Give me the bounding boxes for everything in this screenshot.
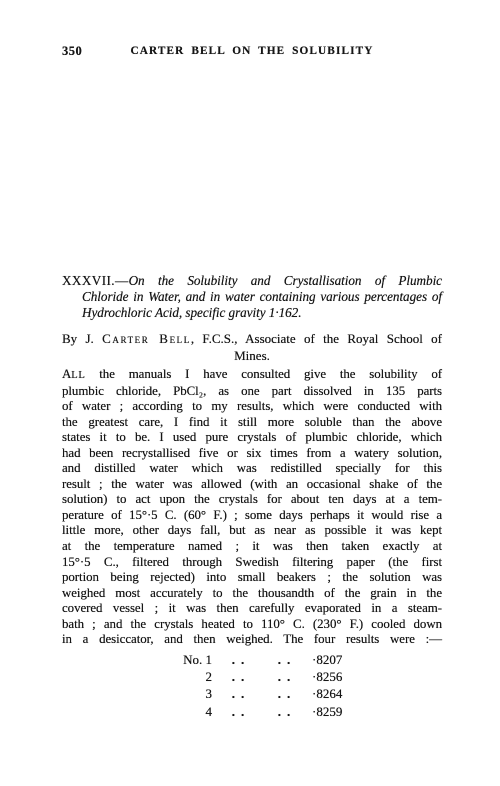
result-row: 3....·8264: [62, 686, 442, 703]
author-name: Carter Bell: [102, 331, 191, 346]
dot-leader: ..: [212, 686, 270, 702]
result-sample-number: No. 1: [62, 652, 212, 668]
paragraph-line: at the temperature named ; it was then t…: [62, 539, 442, 555]
result-value: ·8264: [304, 686, 442, 702]
article-title-line-1: XXXVII.—On the Solubility and Crystallis…: [62, 273, 442, 289]
dot-leader: ..: [270, 652, 304, 668]
dot-leader: ..: [212, 669, 270, 685]
paragraph-line: bath ; and the crystals heated to 110° C…: [62, 617, 442, 633]
paragraph-line: and distilled water which was redistille…: [62, 461, 442, 477]
lead-capital: A: [62, 367, 71, 381]
result-row: 4....·8259: [62, 704, 442, 721]
results-table: No. 1....·82072....·82563....·82644....·…: [62, 652, 442, 721]
result-value: ·8207: [304, 652, 442, 668]
result-value: ·8259: [304, 704, 442, 720]
running-title: CARTER BELL ON THE SOLUBILITY: [62, 45, 442, 57]
paragraph-line: states it to be. I used pure crystals of…: [62, 430, 442, 446]
paragraph-line: weighed most accurately to the thousandt…: [62, 586, 442, 602]
byline-suffix: , F.C.S., Associate of the Royal School …: [191, 331, 442, 346]
byline-prefix: By J.: [62, 331, 102, 346]
article-title-line-2: Chloride in Water, and in water containi…: [62, 289, 442, 305]
result-row: No. 1....·8207: [62, 652, 442, 669]
scanned-journal-page: 350 CARTER BELL ON THE SOLUBILITY XXXVII…: [0, 0, 500, 786]
paragraph-line: ALL the manuals I have consulted give th…: [62, 367, 442, 384]
paragraph-line: of water ; according to my results, whic…: [62, 399, 442, 415]
paragraph-line: solution) to act upon the crystals for a…: [62, 492, 442, 508]
paragraph-line: 15°·5 C., filtered through Swedish filte…: [62, 555, 442, 571]
paragraph-line: result ; the water was allowed (with an …: [62, 477, 442, 493]
byline: By J. Carter Bell, F.C.S., Associate of …: [62, 331, 442, 364]
article-number: XXXVII.—: [62, 273, 129, 288]
paragraph-line: the greatest care, I find it still more …: [62, 415, 442, 431]
page-header: 350 CARTER BELL ON THE SOLUBILITY: [62, 44, 442, 60]
dot-leader: ..: [212, 704, 270, 720]
paragraph-line: had been recrystallised five or six time…: [62, 446, 442, 462]
dot-leader: ..: [270, 704, 304, 720]
dot-leader: ..: [212, 652, 270, 668]
byline-line-1: By J. Carter Bell, F.C.S., Associate of …: [62, 331, 442, 348]
paragraph-line: perature of 15°·5 C. (60° F.) ; some day…: [62, 508, 442, 524]
byline-line-2: Mines.: [62, 348, 442, 365]
dot-leader: ..: [270, 669, 304, 685]
article-title: XXXVII.—On the Solubility and Crystallis…: [62, 273, 442, 322]
paragraph-line: plumbic chloride, PbCl₂, as one part dis…: [62, 384, 442, 400]
result-row: 2....·8256: [62, 669, 442, 686]
paragraph-line: portion being rejected) into small beake…: [62, 570, 442, 586]
result-sample-number: 3: [62, 686, 212, 702]
paragraph: ALL the manuals I have consulted give th…: [62, 367, 442, 648]
paragraph-line: covered vessel ; it was then carefully e…: [62, 601, 442, 617]
dot-leader: ..: [270, 686, 304, 702]
result-sample-number: 2: [62, 669, 212, 685]
lead-smallcaps: LL: [71, 370, 85, 381]
result-value: ·8256: [304, 669, 442, 685]
paragraph-line: little more, other days fall, but as nea…: [62, 523, 442, 539]
article-title-text: On the Solubility and Crystallisation of…: [129, 273, 442, 288]
article-title-line-3: Hydrochloric Acid, specific gravity 1·16…: [62, 305, 442, 321]
result-sample-number: 4: [62, 704, 212, 720]
paragraph-line: in a desiccator, and then weighed. The f…: [62, 632, 442, 648]
